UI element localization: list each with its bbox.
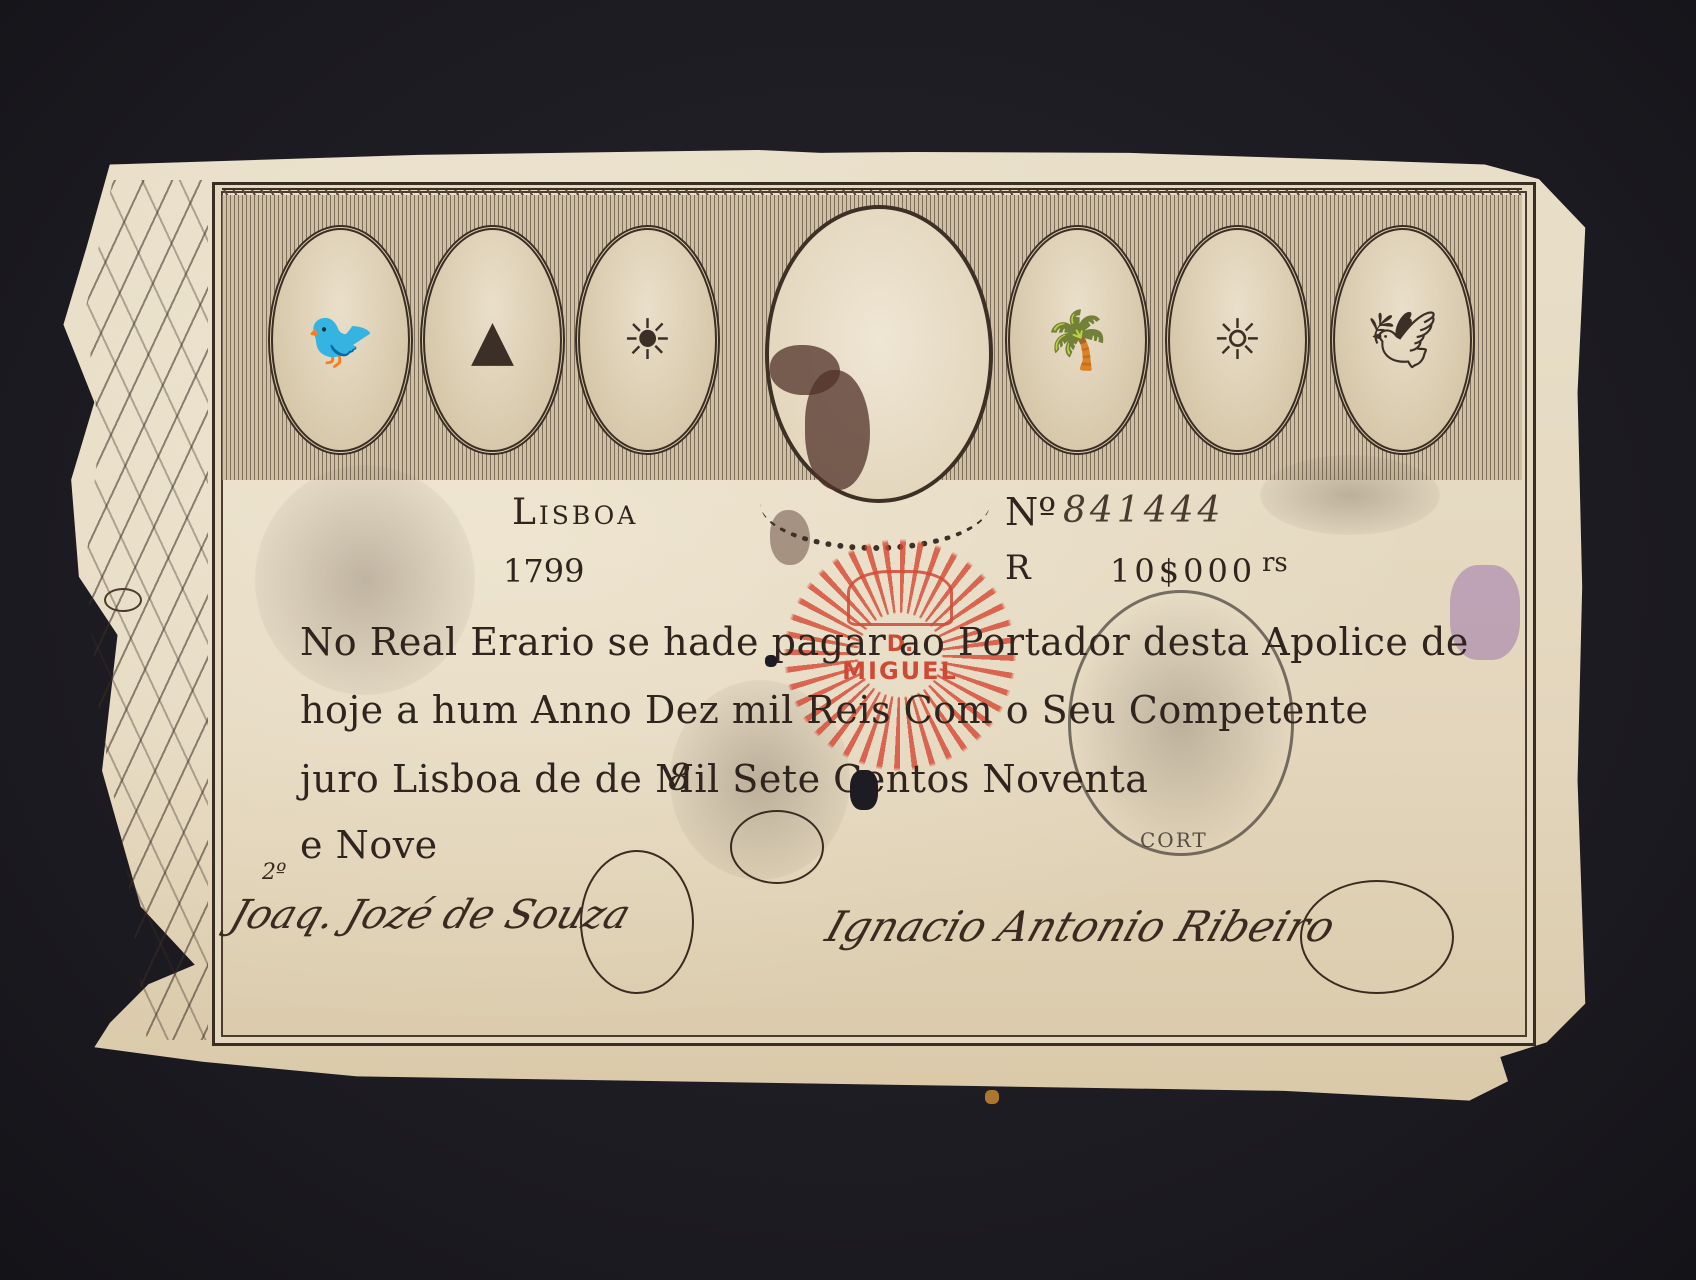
birds-glyph: 🕊: [1367, 307, 1438, 373]
bird-glyph: 🐦: [306, 307, 376, 373]
body-line-4: e Nove: [300, 823, 438, 867]
sunrays-glyph: ☼: [1212, 308, 1262, 373]
vignette-bird-icon: 🐦: [268, 225, 413, 455]
vignette-obelisk-icon: ▲: [420, 225, 565, 455]
signature-flourish: [580, 850, 694, 994]
vignette-sunrays-icon: ☼: [1165, 225, 1310, 455]
body-line-3: juro Lisboa de de Mil Sete Centos Novent…: [300, 757, 1148, 801]
number-label: Nº: [1005, 490, 1056, 534]
paper-hole: [765, 655, 777, 667]
value-label: R: [1005, 548, 1031, 588]
currency-suffix: rs: [1262, 548, 1288, 578]
vignette-palm-icon: 🌴: [1005, 225, 1150, 455]
serial-number: 841444: [1063, 490, 1224, 531]
amount-value: 10$000: [1110, 552, 1256, 590]
vignette-sun-palm-icon: ☀: [575, 225, 720, 455]
signature-flourish: [1300, 880, 1454, 994]
signature-left: Joaq. Jozé de Souza: [225, 892, 637, 938]
rosette-ornament-icon: [104, 588, 142, 612]
monogram-flourish: [730, 810, 824, 884]
palm-glyph: 🌴: [1043, 307, 1113, 373]
signature-right: Ignacio Antonio Ribeiro: [820, 902, 1341, 951]
crown-icon: [847, 570, 953, 626]
sun-glyph: ☀: [622, 308, 672, 373]
handwritten-day: 8: [668, 758, 691, 799]
obelisk-glyph: ▲: [471, 308, 514, 373]
body-line-2: hoje a hum Anno Dez mil Reis Com o Seu C…: [300, 688, 1369, 732]
body-line-1: No Real Erario se hade pagar ao Portador…: [300, 620, 1469, 664]
city-label: Lisboa: [512, 492, 638, 533]
black-stamp-label: CORT: [1140, 828, 1208, 852]
watermark-oval: [1260, 455, 1440, 535]
year-label: 1799: [503, 552, 584, 590]
paper-hole: [850, 770, 878, 810]
signature-title: 2º: [262, 860, 286, 885]
vignette-birds-icon: 🕊: [1330, 225, 1475, 455]
stain-mark: [985, 1090, 999, 1104]
